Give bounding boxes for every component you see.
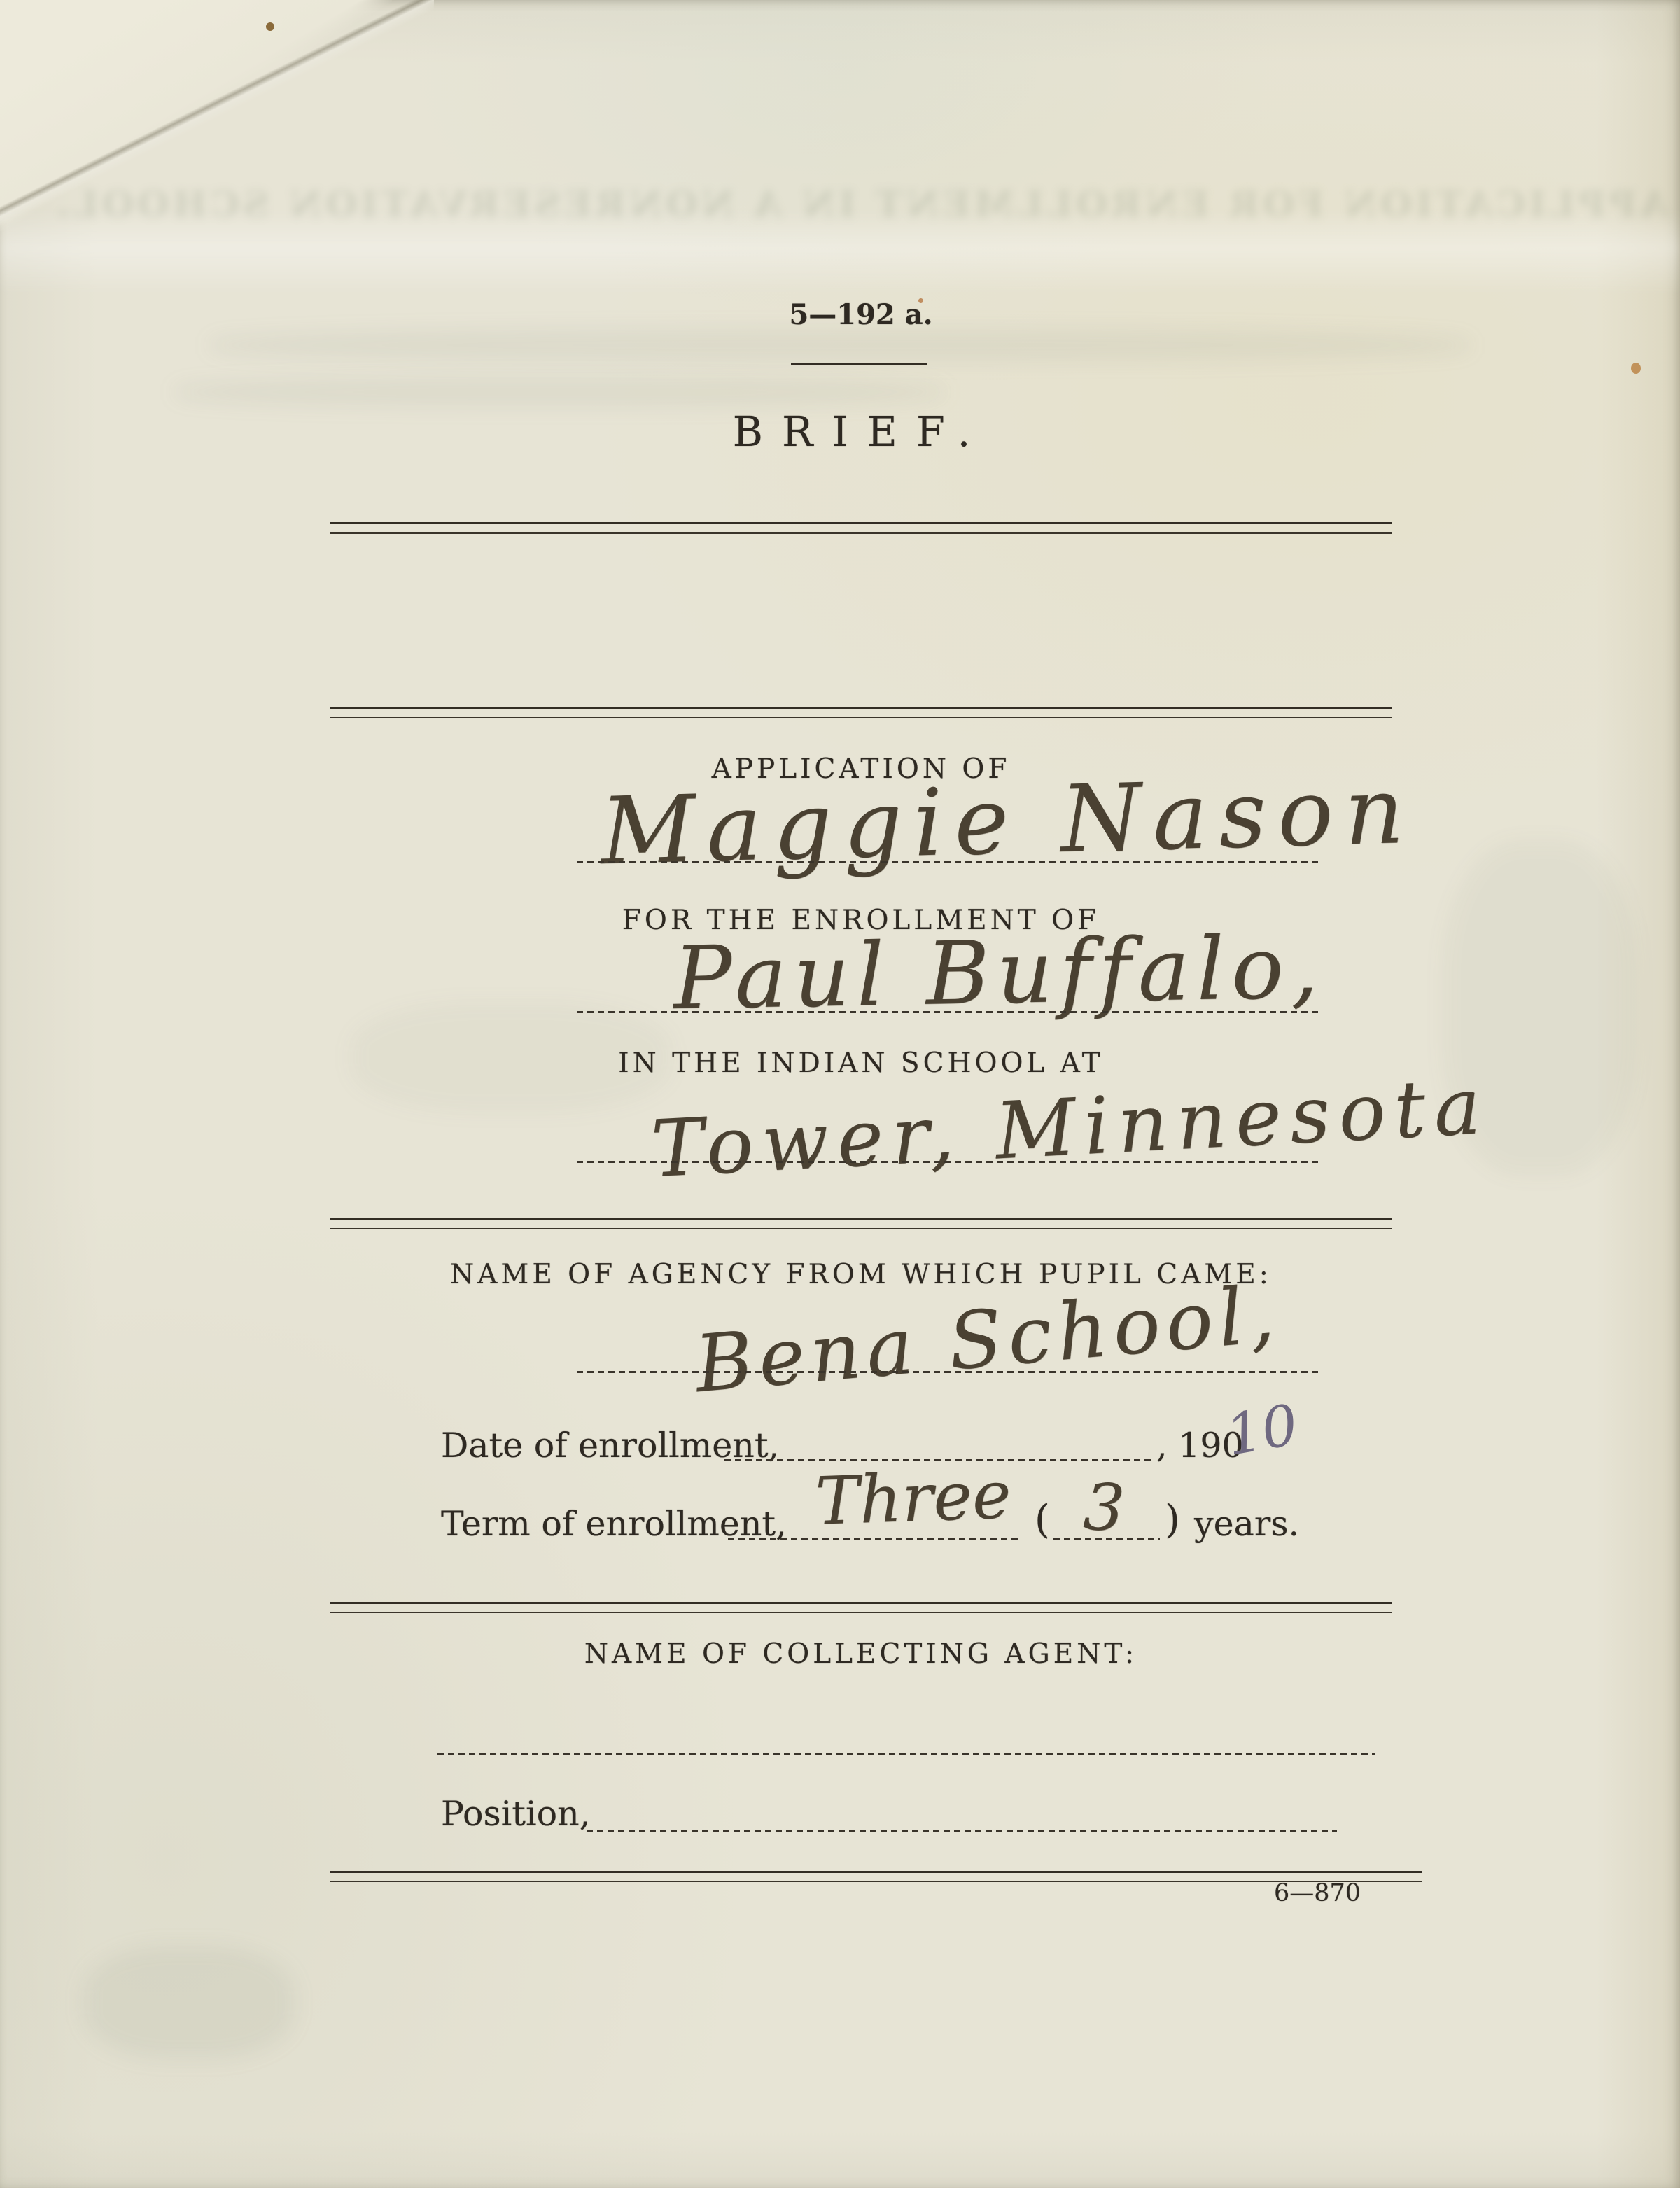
scan-light-band bbox=[0, 210, 1680, 294]
corner-fold bbox=[0, 0, 392, 231]
fill-in-line bbox=[437, 1753, 1375, 1755]
paren-open: ( bbox=[1035, 1497, 1050, 1542]
bleedthrough-heading: APPLICATION FOR ENROLLMENT IN A NONRESER… bbox=[21, 183, 1680, 226]
double-rule bbox=[330, 1218, 1392, 1229]
school-location-handwriting: Tower, Minnesota bbox=[649, 1061, 1491, 1196]
short-rule bbox=[791, 363, 927, 365]
double-rule bbox=[330, 1871, 1422, 1882]
double-rule bbox=[330, 522, 1392, 534]
year-handwritten-pencil: 10 bbox=[1221, 1392, 1303, 1468]
fill-in-line bbox=[577, 1011, 1320, 1013]
term-numeral-handwriting: 3 bbox=[1081, 1470, 1126, 1547]
double-rule bbox=[330, 1602, 1392, 1613]
paper-speck bbox=[266, 22, 274, 31]
applicant-name-handwriting: Maggie Nason bbox=[599, 757, 1416, 886]
form-number: 5—192 a. bbox=[21, 298, 1680, 331]
crease-line bbox=[0, 0, 434, 227]
bleedthrough-smudge bbox=[175, 378, 945, 406]
bleedthrough-smudge bbox=[210, 329, 1470, 361]
years-suffix: years. bbox=[1194, 1504, 1299, 1544]
footer-print-code: 6—870 bbox=[1274, 1879, 1361, 1907]
fill-in-line bbox=[577, 1161, 1320, 1163]
paper-speck bbox=[1631, 363, 1641, 374]
term-word-handwriting: Three bbox=[814, 1457, 1012, 1540]
fill-in-line bbox=[587, 1830, 1337, 1832]
bleedthrough-smudge bbox=[84, 1946, 294, 2058]
paren-close: ) bbox=[1165, 1497, 1180, 1542]
document-title: BRIEF. bbox=[21, 407, 1680, 456]
collecting-agent-label: NAME OF COLLECTING AGENT: bbox=[21, 1638, 1680, 1670]
position-label: Position, bbox=[441, 1794, 590, 1834]
double-rule bbox=[330, 707, 1392, 718]
fill-in-line bbox=[577, 861, 1320, 863]
agency-label: NAME OF AGENCY FROM WHICH PUPIL CAME: bbox=[21, 1259, 1680, 1290]
scanned-brief-form: APPLICATION FOR ENROLLMENT IN A NONRESER… bbox=[0, 0, 1680, 2188]
fill-in-line bbox=[577, 1371, 1320, 1373]
